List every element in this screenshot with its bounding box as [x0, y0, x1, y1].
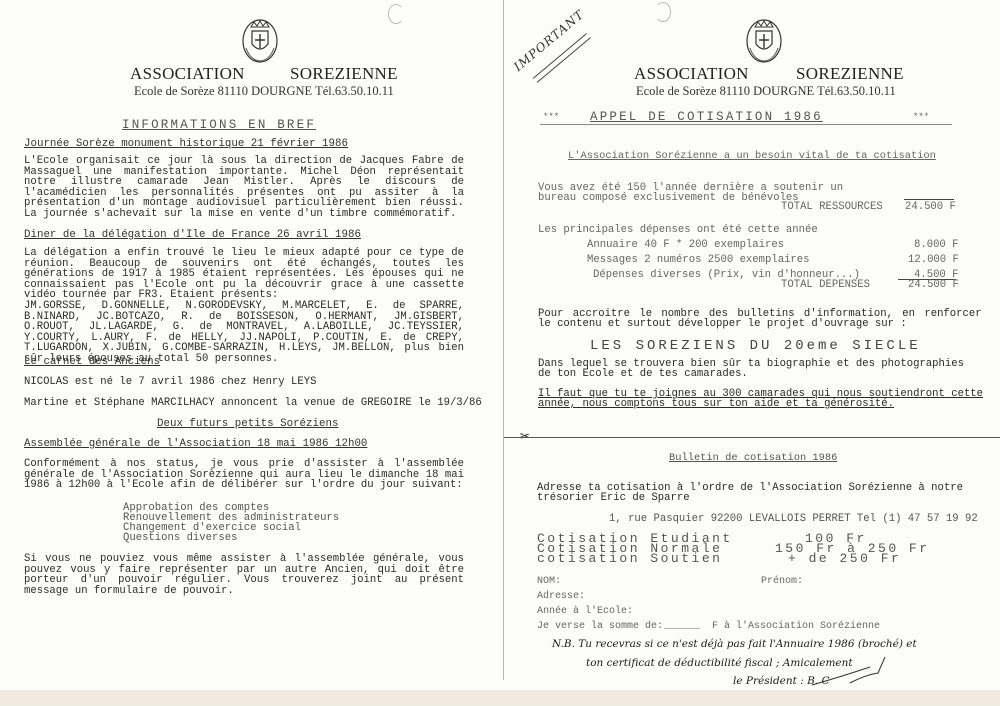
handwritten-note-line-1: N.B. Tu recevras si ce n'est déjà pas fa…: [552, 638, 917, 650]
letterhead-sorezienne: SOREZIENNE: [796, 64, 904, 84]
subheading-besoin-vital: L'Association Sorézienne a un besoin vit…: [568, 150, 936, 162]
cut-line: [504, 437, 1000, 438]
section-heading-diner-ile-de-france: Diner de la délégation d'Ile de France 2…: [24, 229, 361, 241]
birth-announcement-gregoire: Martine et Stéphane MARCILHACY annoncent…: [24, 398, 482, 409]
section-heading-journee-soreze: Journée Sorèze monument historique 21 fé…: [24, 138, 348, 150]
book-line: de ton Ecole et de tes camarades.: [538, 369, 748, 380]
section-heading-assemblee-generale: Assemblée générale de l'Association 18 m…: [24, 438, 367, 450]
total-resources-value: 24.500 F: [905, 202, 956, 213]
form-field-amount-suffix: F à l'Association Sorézienne: [712, 622, 880, 633]
coat-of-arms-icon: [240, 18, 280, 64]
appeal-line: année, nous comptons tous sur ton aide e…: [538, 399, 894, 410]
intro-line: bureau composé exclusivement de bénévole…: [538, 193, 799, 204]
banner-appel-de-cotisation: APPEL DE COTISATION 1986: [590, 110, 823, 124]
expense-item-annuaire: Annuaire 40 F * 200 exemplaires: [587, 240, 784, 251]
rate-amount-soutien: + de 250 Fr: [788, 551, 901, 566]
section-paragraph-diner: La délégation a enfin trouvé le lieu le …: [24, 248, 464, 301]
banner-informations-en-bref: INFORMATIONS EN BREF: [122, 118, 316, 132]
expense-value-annuaire: 8.000 F: [914, 240, 959, 251]
form-field-amount[interactable]: ______: [664, 622, 700, 633]
expense-item-messages: Messages 2 numéros 2500 exemplaires: [587, 255, 810, 266]
section-paragraph-journee-soreze: L'Ecole organisait ce jour là sous la di…: [24, 156, 464, 220]
form-field-adresse[interactable]: Adresse:: [537, 592, 585, 603]
expense-value-messages: 12.000 F: [908, 255, 959, 266]
scissors-icon: ✂: [520, 426, 530, 445]
banner-stars-right: ***: [913, 112, 929, 123]
punch-hole: [655, 2, 671, 22]
form-field-annee-ecole[interactable]: Année à l'Ecole:: [537, 607, 633, 618]
total-rule: [904, 199, 954, 200]
coat-of-arms-icon: [744, 18, 784, 64]
section-closing-paragraph: Si vous ne pouviez vous même assister à …: [24, 554, 464, 596]
expenses-intro: Les principales dépenses ont été cette a…: [538, 225, 818, 236]
signature-flourish-icon: [810, 655, 890, 690]
form-field-nom[interactable]: NOM:: [537, 577, 561, 588]
agenda-item: Questions diverses: [123, 533, 237, 544]
letterhead-association: ASSOCIATION: [634, 64, 749, 84]
book-title: LES SOREZIENS DU 20eme SIECLE: [590, 338, 921, 354]
punch-hole: [388, 4, 404, 24]
total-resources-label: TOTAL RESSOURCES: [781, 202, 883, 213]
total-expenses-label: TOTAL DEPENSES: [781, 280, 870, 291]
form-instruction-line: trésorier Eric de Sparre: [537, 493, 690, 504]
project-line: le contenu et surtout développer le proj…: [538, 319, 907, 330]
form-field-amount-prefix: Je verse la somme de:: [537, 622, 663, 633]
birth-announcement-nicolas: NICOLAS est né le 7 avril 1986 chez Henr…: [24, 377, 316, 388]
scan-background-strip: [0, 690, 1000, 706]
letterhead-address: Ecole de Sorèze 81110 DOURGNE Tél.63.50.…: [636, 84, 896, 99]
banner-underline: [540, 124, 952, 125]
section-paragraph-assemblee: Conformément à nos status, je vous prie …: [24, 459, 464, 491]
rate-label-soutien: cotisation Soutien: [537, 551, 722, 566]
letterhead-association: ASSOCIATION: [130, 64, 245, 84]
total-expenses-value: 24.500 F: [908, 280, 959, 291]
carnet-caption: Deux futurs petits Soréziens: [157, 418, 338, 430]
letterhead-address: Ecole de Sorèze 81110 DOURGNE Tél.63.50.…: [134, 84, 394, 99]
letterhead-sorezienne: SOREZIENNE: [290, 64, 398, 84]
treasurer-address: 1, rue Pasquier 92200 LEVALLOIS PERRET T…: [609, 514, 978, 525]
form-field-prenom[interactable]: Prénom:: [761, 577, 803, 588]
section-heading-carnet-des-anciens: Le carnet des Anciens: [24, 356, 160, 368]
form-title: Bulletin de cotisation 1986: [669, 452, 837, 464]
page-edge-divider: [503, 0, 504, 680]
banner-stars-left: ***: [543, 112, 559, 123]
